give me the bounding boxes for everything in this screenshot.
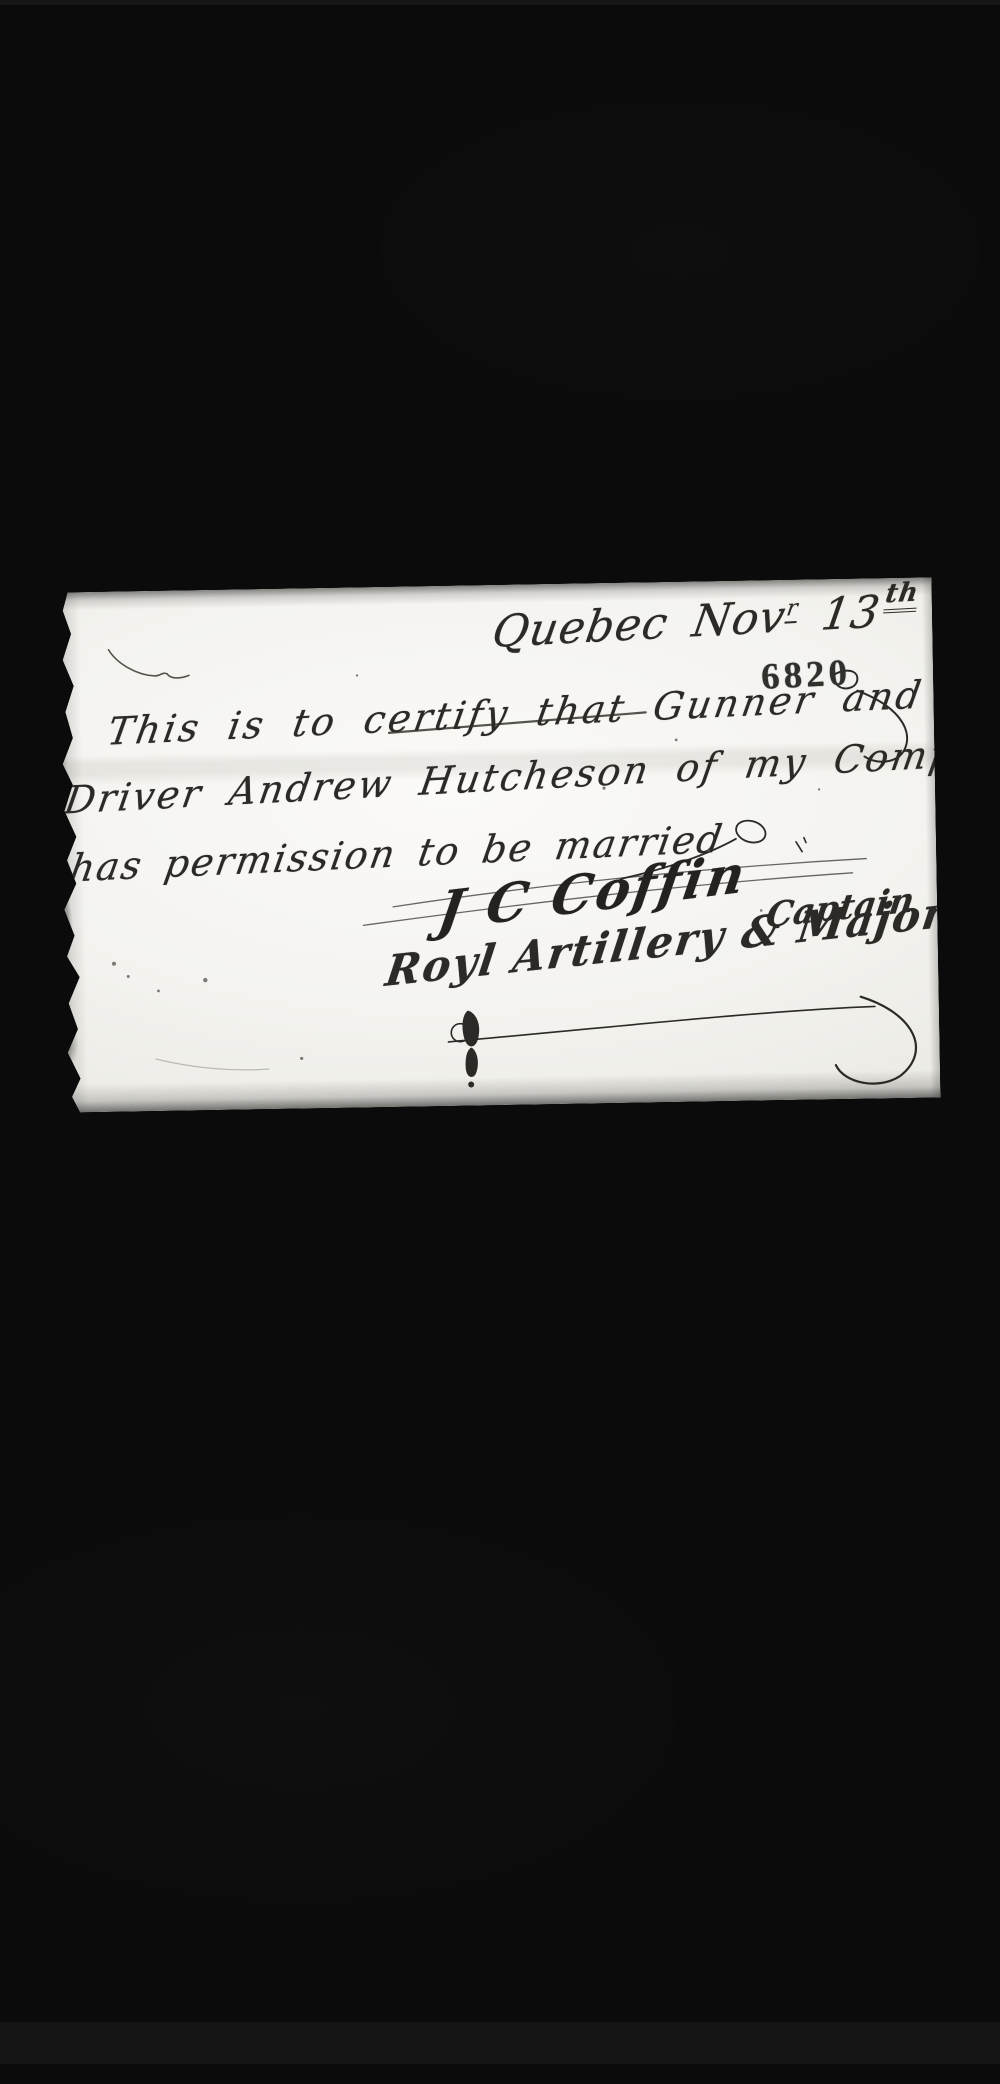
pen-squiggle bbox=[109, 648, 190, 679]
microfilm-frame: Quebec Novr 13th 1826 6820 This is to ce… bbox=[0, 0, 1000, 2084]
signature-underline bbox=[448, 1006, 875, 1041]
dateline-day-suffix: th bbox=[883, 578, 921, 614]
signature-tail-loop bbox=[835, 996, 917, 1085]
dateline-day: 13 bbox=[818, 586, 884, 641]
dateline-year: 1826 bbox=[940, 577, 1000, 635]
dateline: Quebec Novr 13th 1826 bbox=[489, 577, 1000, 658]
document-paper: Quebec Novr 13th 1826 6820 This is to ce… bbox=[56, 577, 941, 1112]
film-edge-top bbox=[0, 0, 1000, 5]
dateline-month: Nov bbox=[689, 591, 790, 647]
film-edge-bottom bbox=[0, 2022, 1000, 2064]
dateline-place: Quebec bbox=[489, 597, 672, 658]
ink-blot bbox=[462, 1010, 480, 1087]
